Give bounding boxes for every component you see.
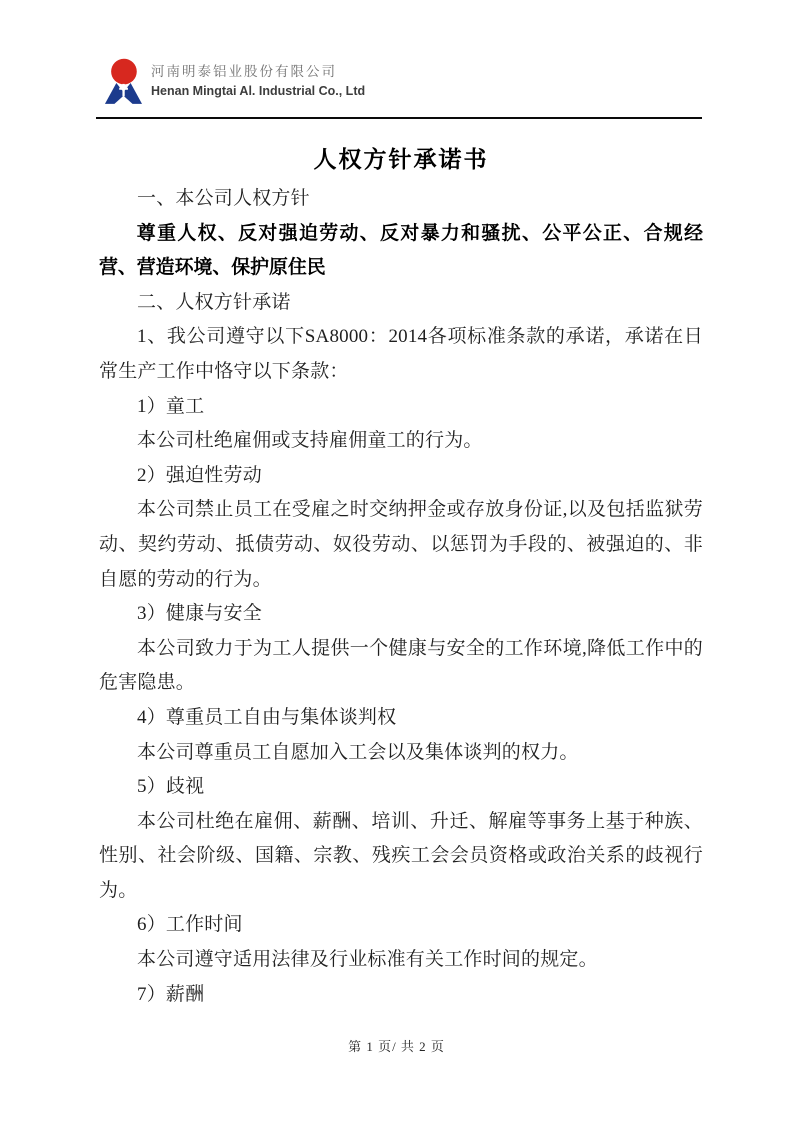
clause-heading-working-hours: 6）工作时间 bbox=[99, 908, 703, 943]
policy-statement: 尊重人权、反对强迫劳动、反对暴力和骚扰、公平公正、合规经营、营造环境、保护原住民 bbox=[99, 217, 703, 286]
header-divider bbox=[96, 117, 702, 119]
clause-heading-health-safety: 3）健康与安全 bbox=[99, 597, 703, 632]
company-name-en: Henan Mingtai Al. Industrial Co., Ltd bbox=[151, 84, 365, 99]
clause-heading-forced-labor: 2）强迫性劳动 bbox=[99, 459, 703, 494]
clause-body-freedom-association: 本公司尊重员工自愿加入工会以及集体谈判的权力。 bbox=[99, 736, 703, 771]
document-body: 人权方针承诺书 一、本公司人权方针 尊重人权、反对强迫劳动、反对暴力和骚扰、公平… bbox=[99, 141, 703, 1012]
company-name-block: 河南明泰铝业股份有限公司 Henan Mingtai Al. Industria… bbox=[151, 56, 365, 99]
company-name-zh: 河南明泰铝业股份有限公司 bbox=[151, 63, 365, 80]
document-title: 人权方针承诺书 bbox=[99, 141, 703, 177]
clause-body-discrimination: 本公司杜绝在雇佣、薪酬、培训、升迁、解雇等事务上基于种族、性别、社会阶级、国籍、… bbox=[99, 805, 703, 909]
clause-heading-child-labor: 1）童工 bbox=[99, 390, 703, 425]
section-heading-1: 一、本公司人权方针 bbox=[99, 182, 703, 217]
section-heading-2: 二、人权方针承诺 bbox=[99, 286, 703, 321]
document-page: 河南明泰铝业股份有限公司 Henan Mingtai Al. Industria… bbox=[0, 0, 793, 1122]
clause-body-child-labor: 本公司杜绝雇佣或支持雇佣童工的行为。 bbox=[99, 424, 703, 459]
clause-body-forced-labor: 本公司禁止员工在受雇之时交纳押金或存放身份证,以及包括监狱劳动、契约劳动、抵债劳… bbox=[99, 493, 703, 597]
clause-heading-remuneration: 7）薪酬 bbox=[99, 978, 703, 1013]
commitment-intro: 1、我公司遵守以下SA8000：2014各项标准条款的承诺，承诺在日常生产工作中… bbox=[99, 320, 703, 389]
clause-body-health-safety: 本公司致力于为工人提供一个健康与安全的工作环境,降低工作中的危害隐患。 bbox=[99, 632, 703, 701]
clause-heading-freedom-association: 4）尊重员工自由与集体谈判权 bbox=[99, 701, 703, 736]
page-indicator: 第 1 页/ 共 2 页 bbox=[0, 1036, 793, 1055]
clause-heading-discrimination: 5）歧视 bbox=[99, 770, 703, 805]
clause-body-working-hours: 本公司遵守适用法律及行业标准有关工作时间的规定。 bbox=[99, 943, 703, 978]
company-logo-icon bbox=[104, 56, 142, 108]
page-header: 河南明泰铝业股份有限公司 Henan Mingtai Al. Industria… bbox=[104, 56, 365, 108]
